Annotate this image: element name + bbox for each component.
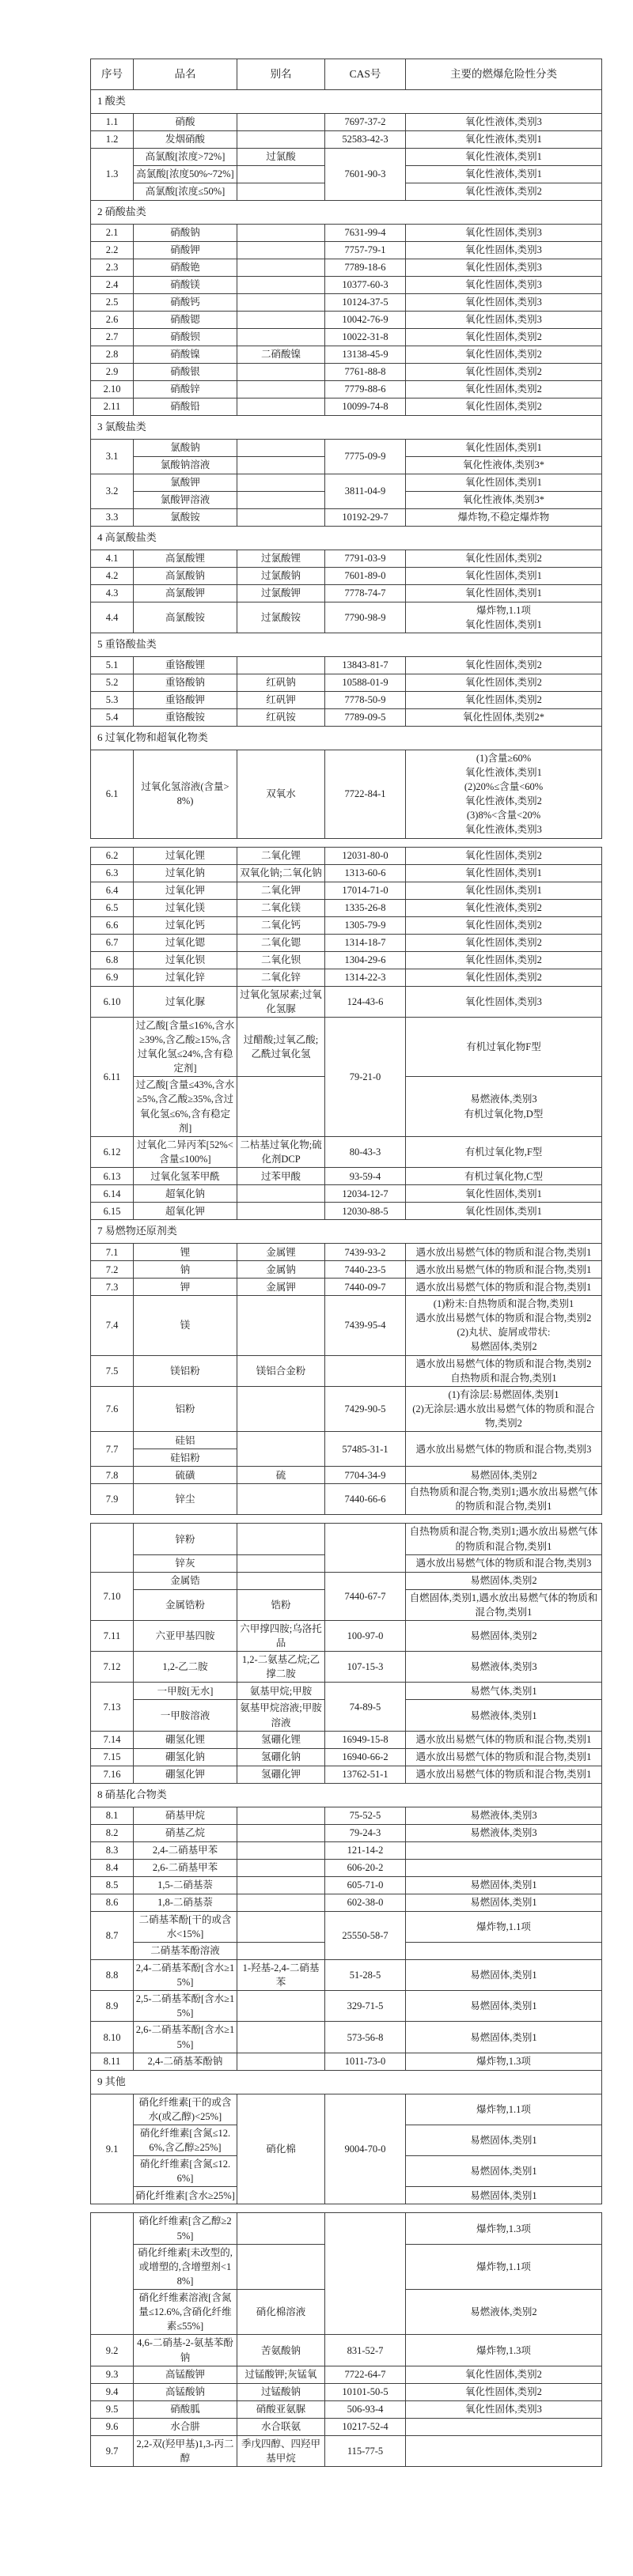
table-cell: 硝酸锶 <box>134 311 237 328</box>
table-row: 4.1高氯酸锂过氯酸锂7791-03-9氧化性固体,类别2 <box>91 550 602 567</box>
table-cell: 74-89-5 <box>325 1683 406 1731</box>
table-cell: 7439-95-4 <box>325 1296 406 1356</box>
table-cell: 硝酸钾 <box>134 241 237 259</box>
table-cell: 遇水放出易燃气体的物质和混合物,类别1 <box>406 1279 602 1296</box>
section-title: 5 重铬酸盐类 <box>91 633 602 656</box>
section-title: 2 硝酸盐类 <box>91 200 602 224</box>
table-cell: 六甲撑四胺;乌洛托品 <box>237 1620 325 1651</box>
table-cell: 苦氨酸钠 <box>237 2335 325 2366</box>
table-cell: 606-20-2 <box>325 1859 406 1876</box>
table-cell: 7601-90-3 <box>325 148 406 200</box>
table-cell: 1.1 <box>91 113 134 130</box>
table-cell: 9.6 <box>91 2418 134 2435</box>
table-row: 2.9硝酸银7761-88-8氧化性固体,类别2 <box>91 363 602 380</box>
table-cell: 10101-50-5 <box>325 2383 406 2400</box>
section-title: 8 硝基化合物类 <box>91 1783 602 1807</box>
table-cell <box>237 2213 325 2244</box>
table-row: 8.32,4-二硝基甲苯121-14-2 <box>91 1841 602 1859</box>
table-cell: 7440-23-5 <box>325 1261 406 1279</box>
table-cell <box>237 1942 325 1959</box>
table-row: 6.12过氧化二异丙苯[52%<含量≤100%]二枯基过氧化物;硫化剂DCP80… <box>91 1136 602 1167</box>
table-cell: 8.4 <box>91 1859 134 1876</box>
table-cell: 1304-29-6 <box>325 951 406 969</box>
table-cell: 自燃固体,类别1,遇水放出易燃气体的物质和混合物,类别1 <box>406 1589 602 1620</box>
table-cell: 硝酸钡 <box>134 328 237 346</box>
table-cell: 硝化纤维素溶液[含氮量≤12.6%,含硝化纤维素≤55%] <box>134 2290 237 2335</box>
table-cell: 爆炸物,1.3项 <box>406 2335 602 2366</box>
table-cell: 7.10 <box>91 1572 134 1620</box>
table-cell: 高锰酸钠 <box>134 2383 237 2400</box>
table-cell <box>237 1077 325 1137</box>
table-cell: 7778-74-7 <box>325 584 406 602</box>
section-header-row: 8 硝基化合物类 <box>91 1783 602 1807</box>
table-cell: 氯酸钾溶液 <box>134 491 237 508</box>
table-row: 8.112,4-二硝基苯酚钠1011-73-0爆炸物,1.3项 <box>91 2053 602 2070</box>
table-cell: 3.3 <box>91 508 134 526</box>
table-cell: 遇水放出易燃气体的物质和混合物,类别3 <box>406 1554 602 1572</box>
table-cell: 6.4 <box>91 882 134 899</box>
table-row: 7.11六亚甲基四胺六甲撑四胺;乌洛托品100-97-0易燃固体,类别2 <box>91 1620 602 1651</box>
table-cell: 2.5 <box>91 293 134 311</box>
table-cell: 10042-76-9 <box>325 311 406 328</box>
table-cell: 10377-60-3 <box>325 276 406 293</box>
table-cell: 6.7 <box>91 934 134 951</box>
table-cell: 二氧化钾 <box>237 882 325 899</box>
table-cell: 7.11 <box>91 1620 134 1651</box>
section-header-row: 3 氯酸盐类 <box>91 415 602 439</box>
table-cell: 硝化纤维素[含水≥25%] <box>134 2187 237 2204</box>
table-cell: 硝酸铅 <box>134 398 237 415</box>
table-cell: 2,4-二硝基甲苯 <box>134 1841 237 1859</box>
table-cell: 氧化性固体,类别1 <box>406 439 602 456</box>
table-cell: 过乙酸[含量≤16%,含水≥39%,含乙酸≥15%,含过氧化氢≤24%,含有稳定… <box>134 1017 237 1077</box>
column-header: 主要的燃爆危险性分类 <box>406 59 602 90</box>
table-cell: 80-43-3 <box>325 1136 406 1167</box>
table-cell: 9.5 <box>91 2400 134 2418</box>
table-cell: 易燃液体,类别3 <box>406 1807 602 1824</box>
table-cell: 氧化性液体,类别3* <box>406 491 602 508</box>
table-cell: 一甲胺溶液 <box>134 1700 237 1731</box>
column-header: 序号 <box>91 59 134 90</box>
table-row: 6.1过氧化氢溶液(含量>8%)双氧水7722-84-1(1)含量≥60% 氧化… <box>91 750 602 838</box>
table-cell: 51-28-5 <box>325 1959 406 1990</box>
table-row: 2.5硝酸钙10124-37-5氧化性固体,类别3 <box>91 293 602 311</box>
table-cell: 自热物质和混合物,类别1;遇水放出易燃气体的物质和混合物,类别1 <box>406 1524 602 1554</box>
table-cell: 6.3 <box>91 864 134 882</box>
table-cell: 过氧化钡 <box>134 951 237 969</box>
table-cell: 过氧化钾 <box>134 882 237 899</box>
table-cell: 硼氢化钠 <box>134 1748 237 1766</box>
table-cell: 氧化性固体,类别2 <box>406 951 602 969</box>
table-cell: 1314-22-3 <box>325 969 406 986</box>
table-cell: 12034-12-7 <box>325 1185 406 1203</box>
table-row: 5.4重铬酸铵红矾铵7789-09-5氧化性固体,类别2* <box>91 708 602 726</box>
table-cell <box>237 224 325 241</box>
table-cell: 506-93-4 <box>325 2400 406 2418</box>
table-cell: 1,2-二氨基乙烷;乙撑二胺 <box>237 1652 325 1683</box>
table-row: 7.4镁7439-95-4(1)粉末:自热物质和混合物,类别1 遇水放出易燃气体… <box>91 1296 602 1356</box>
column-header: CAS号 <box>325 59 406 90</box>
table-cell: 易燃固体,类别1 <box>406 1991 602 2022</box>
table-cell: 9.1 <box>91 2094 134 2204</box>
table-cell: 6.1 <box>91 750 134 838</box>
table-cell: 16940-66-2 <box>325 1748 406 1766</box>
table-cell: 4,6-二硝基-2-氨基苯酚钠 <box>134 2335 237 2366</box>
table-cell: 6.13 <box>91 1168 134 1185</box>
table-cell: 二硝基苯酚溶液 <box>134 1942 237 1959</box>
table-cell <box>237 183 325 200</box>
table-cell: 二氧化锶 <box>237 934 325 951</box>
table-cell <box>237 2053 325 2070</box>
table-row: 6.15超氧化钾12030-88-5氧化性固体,类别1 <box>91 1203 602 1220</box>
table-row: 5.1重铬酸锂13843-81-7氧化性固体,类别2 <box>91 656 602 674</box>
table-cell: 钾 <box>134 1279 237 1296</box>
table-cell: 6.14 <box>91 1185 134 1203</box>
table-row: 4.4高氯酸铵过氯酸铵7790-98-9爆炸物,1.1项 氧化性固体,类别1 <box>91 602 602 633</box>
table-cell: 硫磺 <box>134 1467 237 1484</box>
table-cell: 2,4-二硝基苯酚钠 <box>134 2053 237 2070</box>
table-cell: 75-52-5 <box>325 1807 406 1824</box>
table-cell: 氧化性固体,类别1 <box>406 474 602 491</box>
table-cell: 氧化性固体,类别3 <box>406 311 602 328</box>
table-cell: 2.6 <box>91 311 134 328</box>
table-row: 7.2钠金属钠7440-23-5遇水放出易燃气体的物质和混合物,类别1 <box>91 1261 602 1279</box>
table-cell: 二氧化锂 <box>237 847 325 864</box>
table-cell: 5.2 <box>91 674 134 691</box>
table-cell: 602-38-0 <box>325 1894 406 1911</box>
table-cell <box>91 1524 134 1572</box>
table-row: 6.8过氧化钡二氧化钡1304-29-6氧化性固体,类别2 <box>91 951 602 969</box>
table-cell: 6.12 <box>91 1136 134 1167</box>
table-cell: 易燃固体,类别2 <box>406 1572 602 1589</box>
table-row: 3.3氯酸铵10192-29-7爆炸物,不稳定爆炸物 <box>91 508 602 526</box>
table-row: 4.3高氯酸钾过氯酸钾7778-74-7氧化性固体,类别1 <box>91 584 602 602</box>
table-segment: 序号品名别名CAS号主要的燃爆危险性分类1 酸类1.1硝酸7697-37-2氧化… <box>90 59 602 839</box>
table-segment: 硝化纤维素[含乙醇≥25%]爆炸物,1.3项硝化纤维素[未改型的,或增塑的,含增… <box>90 2212 602 2467</box>
table-cell <box>237 1894 325 1911</box>
table-cell: 100-97-0 <box>325 1620 406 1651</box>
table-cell: 605-71-0 <box>325 1876 406 1894</box>
table-cell: 氧化性固体,类别2 <box>406 380 602 398</box>
table-cell <box>406 2418 602 2435</box>
table-cell <box>406 1942 602 1959</box>
table-cell: 金属钾 <box>237 1279 325 1296</box>
table-cell: 遇水放出易燃气体的物质和混合物,类别1 <box>406 1731 602 1748</box>
table-cell: 8.2 <box>91 1824 134 1841</box>
table-cell: 3.1 <box>91 439 134 474</box>
table-cell: 锂 <box>134 1244 237 1261</box>
table-cell: 二硝酸镍 <box>237 346 325 363</box>
table-cell: 9.2 <box>91 2335 134 2366</box>
section-header-row: 6 过氧化物和超氧化物类 <box>91 726 602 750</box>
table-cell: 硝化棉 <box>237 2094 325 2204</box>
table-cell <box>237 1185 325 1203</box>
table-cell: 二氧化钙 <box>237 916 325 934</box>
table-cell: 831-52-7 <box>325 2335 406 2366</box>
section-header-row: 9 其他 <box>91 2070 602 2094</box>
table-cell: 1,2-乙二胺 <box>134 1652 237 1683</box>
table-cell: 水合联氨 <box>237 2418 325 2435</box>
table-cell <box>237 1484 325 1515</box>
table-cell <box>237 165 325 183</box>
table-cell: 氧化性固体,类别1 <box>406 882 602 899</box>
header-row: 序号品名别名CAS号主要的燃爆危险性分类 <box>91 59 602 90</box>
table-row: 2.11硝酸铅10099-74-8氧化性固体,类别2 <box>91 398 602 415</box>
table-cell: 9004-70-0 <box>325 2094 406 2204</box>
table-cell: 氧化性固体,类别3 <box>406 241 602 259</box>
table-cell: 氯酸钠溶液 <box>134 456 237 474</box>
section-title: 6 过氧化物和超氧化物类 <box>91 726 602 750</box>
table-cell: 7775-09-9 <box>325 439 406 474</box>
table-cell: 3811-04-9 <box>325 474 406 508</box>
section-header-row: 1 酸类 <box>91 89 602 113</box>
table-cell: 8.11 <box>91 2053 134 2070</box>
table-cell: 硝化纤维素[含氮≤12.6%,含乙醇≥25%] <box>134 2125 237 2155</box>
table-row: 2.10硝酸锌7779-88-6氧化性固体,类别2 <box>91 380 602 398</box>
table-cell: 7.14 <box>91 1731 134 1748</box>
table-cell <box>406 1841 602 1859</box>
table-cell: 4.3 <box>91 584 134 602</box>
table-cell: 8.6 <box>91 1894 134 1911</box>
table-cell: 7440-09-7 <box>325 1279 406 1296</box>
table-cell: 10588-01-9 <box>325 674 406 691</box>
table-cell <box>237 1296 325 1356</box>
table-cell: 硝酸铯 <box>134 259 237 276</box>
table-cell: 易燃液体,类别3 有机过氧化物,D型 <box>406 1077 602 1137</box>
table-cell: 爆炸物,1.3项 <box>406 2053 602 2070</box>
table-cell: 5.4 <box>91 708 134 726</box>
table-cell: (1)含量≥60% 氧化性液体,类别1 (2)20%≤含量<60% 氧化性液体,… <box>406 750 602 838</box>
table-cell <box>237 398 325 415</box>
table-cell: 易燃固体,类别1 <box>406 1894 602 1911</box>
table-cell: 7.6 <box>91 1386 134 1431</box>
table-cell: 镁 <box>134 1296 237 1356</box>
table-cell: 1305-79-9 <box>325 916 406 934</box>
table-cell: 氧化性固体,类别3 <box>406 259 602 276</box>
table-cell: 过乙酸[含量≤43%,含水≥5%,含乙酸≥35%,含过氧化氢≤6%,含有稳定剂] <box>134 1077 237 1137</box>
column-header: 别名 <box>237 59 325 90</box>
table-cell: 7.16 <box>91 1766 134 1783</box>
table-cell: 10099-74-8 <box>325 398 406 415</box>
table-row: 8.102,6-二硝基苯酚[含水≥15%]573-56-8易燃固体,类别1 <box>91 2022 602 2053</box>
table-row: 7.9锌尘7440-66-6自热物质和混合物,类别1;遇水放出易燃气体的物质和混… <box>91 1484 602 1515</box>
table-cell: 7440-66-6 <box>325 1484 406 1515</box>
table-cell: 107-15-3 <box>325 1652 406 1683</box>
table-row: 2.2硝酸钾7757-79-1氧化性固体,类别3 <box>91 241 602 259</box>
table-cell: 过氧化锌 <box>134 969 237 986</box>
table-row: 2.1硝酸钠7631-99-4氧化性固体,类别3 <box>91 224 602 241</box>
table-cell: 硫 <box>237 1467 325 1484</box>
table-cell: 7439-93-2 <box>325 1244 406 1261</box>
table-row: 7.13一甲胺[无水]氨基甲烷;甲胺74-89-5易燃气体,类别1 <box>91 1683 602 1700</box>
table-cell: 7.1 <box>91 1244 134 1261</box>
table-cell: 2.4 <box>91 276 134 293</box>
section-title: 4 高氯酸盐类 <box>91 526 602 550</box>
table-row: 7.10金属锆7440-67-7易燃固体,类别2 <box>91 1572 602 1589</box>
table-cell: 10124-37-5 <box>325 293 406 311</box>
table-cell: 遇水放出易燃气体的物质和混合物,类别1 <box>406 1766 602 1783</box>
table-cell: 遇水放出易燃气体的物质和混合物,类别2 自热物质和混合物,类别1 <box>406 1355 602 1386</box>
table-cell: 7601-89-0 <box>325 567 406 584</box>
table-cell: 氧化性固体,类别1 <box>406 584 602 602</box>
table-cell: 1.3 <box>91 148 134 200</box>
table-cell: (1)有涂层:易燃固体,类别1 (2)无涂层:遇水放出易燃气体的物质和混合物,类… <box>406 1386 602 1431</box>
table-cell: 金属钠 <box>237 1261 325 1279</box>
table-cell: 硝基乙烷 <box>134 1824 237 1841</box>
table-cell: 硝酸钙 <box>134 293 237 311</box>
table-cell: 发烟硝酸 <box>134 130 237 148</box>
table-cell <box>91 2213 134 2335</box>
table-cell: 1011-73-0 <box>325 2053 406 2070</box>
table-cell: 7778-50-9 <box>325 691 406 708</box>
table-cell: 7.12 <box>91 1652 134 1683</box>
table-row: 6.6过氧化钙二氧化钙1305-79-9氧化性固体,类别2 <box>91 916 602 934</box>
table-cell: 镁铝合金粉 <box>237 1355 325 1386</box>
table-cell <box>237 491 325 508</box>
table-cell: 1-羟基-2,4-二硝基苯 <box>237 1959 325 1990</box>
table-cell: 7.4 <box>91 1296 134 1356</box>
table-cell: 过氯酸钾 <box>237 584 325 602</box>
table-cell: 锌灰 <box>134 1554 237 1572</box>
table-cell: 121-14-2 <box>325 1841 406 1859</box>
table-cell <box>237 1554 325 1572</box>
table-cell: 氯酸钠 <box>134 439 237 456</box>
table-cell: 2.7 <box>91 328 134 346</box>
table-cell: 124-43-6 <box>325 986 406 1017</box>
table-row: 9.6水合肼水合联氨10217-52-4 <box>91 2418 602 2435</box>
table-cell: 硝化纤维素[含氮≤12.6%] <box>134 2156 237 2187</box>
table-row: 6.5过氧化镁二氧化镁1335-26-8氧化性液体,类别2 <box>91 899 602 916</box>
table-cell <box>237 1876 325 1894</box>
table-cell: 过氧化镁 <box>134 899 237 916</box>
table-cell: 硝酸锌 <box>134 380 237 398</box>
table-row: 3.1氯酸钠7775-09-9氧化性固体,类别1 <box>91 439 602 456</box>
table-cell: 硝酸亚氨脲 <box>237 2400 325 2418</box>
table-cell: 易燃固体,类别1 <box>406 2125 602 2155</box>
table-row: 硝化纤维素[含乙醇≥25%]爆炸物,1.3项 <box>91 2213 602 2244</box>
table-cell: 易燃液体,类别1 <box>406 1700 602 1731</box>
table-cell: 硝酸 <box>134 113 237 130</box>
table-cell <box>237 474 325 491</box>
table-cell: 过锰酸钠 <box>237 2383 325 2400</box>
table-cell: 9.7 <box>91 2435 134 2466</box>
table-cell: 2,2-双(羟甲基)1,3-丙二醇 <box>134 2435 237 2466</box>
table-cell: 1,5-二硝基萘 <box>134 1876 237 1894</box>
table-row: 8.42,6-二硝基甲苯606-20-2 <box>91 1859 602 1876</box>
table-cell: 红矾钾 <box>237 691 325 708</box>
table-cell <box>237 1203 325 1220</box>
table-cell: 红矾钠 <box>237 674 325 691</box>
table-row: 7.14硼氢化锂氢硼化锂16949-15-8遇水放出易燃气体的物质和混合物,类别… <box>91 1731 602 1748</box>
section-title: 1 酸类 <box>91 89 602 113</box>
table-cell: 12031-80-0 <box>325 847 406 864</box>
table-cell: 7789-09-5 <box>325 708 406 726</box>
table-segment: 6.2过氧化锂二氧化锂12031-80-0氧化性固体,类别26.3过氧化钠双氧化… <box>90 847 602 1516</box>
table-cell: 高氯酸锂 <box>134 550 237 567</box>
table-cell: 易燃固体,类别1 <box>406 1959 602 1990</box>
table-cell: 硝化纤维素[未改型的,或增塑的,含增塑剂<18%] <box>134 2244 237 2289</box>
table-cell: 7.13 <box>91 1683 134 1731</box>
table-cell: 锆粉 <box>237 1589 325 1620</box>
table-cell: 硅铝粉 <box>134 1449 237 1467</box>
table-cell: 7.2 <box>91 1261 134 1279</box>
table-cell: 硝化棉溶液 <box>237 2290 325 2335</box>
table-cell: 8.8 <box>91 1959 134 1990</box>
table-cell: 7.7 <box>91 1432 134 1467</box>
table-cell: 有机过氧化物,C型 <box>406 1168 602 1185</box>
table-cell: 过氧化锶 <box>134 934 237 951</box>
table-cell: 镁铝粉 <box>134 1355 237 1386</box>
table-cell: 遇水放出易燃气体的物质和混合物,类别3 <box>406 1432 602 1467</box>
table-cell <box>237 1911 325 1942</box>
table-cell: 氧化性固体,类别2 <box>406 398 602 415</box>
table-cell <box>237 311 325 328</box>
table-cell: 硼氢化钾 <box>134 1766 237 1783</box>
table-cell: 2.1 <box>91 224 134 241</box>
table-cell: 锌粉 <box>134 1524 237 1554</box>
table-cell: 过氧化二异丙苯[52%<含量≤100%] <box>134 1136 237 1167</box>
table-row: 8.1硝基甲烷75-52-5易燃液体,类别3 <box>91 1807 602 1824</box>
table-cell: 8.7 <box>91 1911 134 1959</box>
table-cell: 氧化性液体,类别3* <box>406 456 602 474</box>
table-cell: 氧化性固体,类别2 <box>406 2366 602 2383</box>
table-cell: 6.10 <box>91 986 134 1017</box>
table-cell: 6.15 <box>91 1203 134 1220</box>
table-cell: 硝酸胍 <box>134 2400 237 2418</box>
table-cell: 7779-88-6 <box>325 380 406 398</box>
table-cell: 易燃固体,类别2 <box>406 1467 602 1484</box>
table-cell <box>237 363 325 380</box>
table-cell: 氢硼化锂 <box>237 1731 325 1748</box>
table-cell: 金属锆 <box>134 1572 237 1589</box>
table-row: 9.4高锰酸钠过锰酸钠10101-50-5氧化性固体,类别2 <box>91 2383 602 2400</box>
table-cell: 硝酸镍 <box>134 346 237 363</box>
table-cell: 过苯甲酸 <box>237 1168 325 1185</box>
table-cell: 氨基甲烷;甲胺 <box>237 1683 325 1700</box>
table-cell: 1.2 <box>91 130 134 148</box>
table-cell: 2,6-二硝基苯酚[含水≥15%] <box>134 2022 237 2053</box>
table-cell: 7722-64-7 <box>325 2366 406 2383</box>
table-cell: 13138-45-9 <box>325 346 406 363</box>
table-cell <box>237 1386 325 1431</box>
table-cell: 重铬酸钾 <box>134 691 237 708</box>
table-cell: 115-77-5 <box>325 2435 406 2466</box>
table-cell: 钠 <box>134 1261 237 1279</box>
table-cell <box>406 2435 602 2466</box>
table-cell: 超氧化钠 <box>134 1185 237 1203</box>
table-row: 3.2氯酸钾3811-04-9氧化性固体,类别1 <box>91 474 602 491</box>
table-cell: 过氧化脲 <box>134 986 237 1017</box>
table-cell: 7.9 <box>91 1484 134 1515</box>
section-header-row: 5 重铬酸盐类 <box>91 633 602 656</box>
table-row: 2.3硝酸铯7789-18-6氧化性固体,类别3 <box>91 259 602 276</box>
table-cell: 氨基甲烷溶液;甲胺溶液 <box>237 1700 325 1731</box>
table-cell: 5.1 <box>91 656 134 674</box>
table-cell: 7790-98-9 <box>325 602 406 633</box>
table-cell <box>237 1859 325 1876</box>
table-cell: 氧化性固体,类别3 <box>406 2400 602 2418</box>
table-cell: 季戊四醇、四羟甲基甲烷 <box>237 2435 325 2466</box>
table-cell: 一甲胺[无水] <box>134 1683 237 1700</box>
table-cell: 二氧化钡 <box>237 951 325 969</box>
table-cell: 9.4 <box>91 2383 134 2400</box>
table-cell: 过氯酸锂 <box>237 550 325 567</box>
section-title: 3 氯酸盐类 <box>91 415 602 439</box>
table-cell: 自热物质和混合物,类别1;遇水放出易燃气体的物质和混合物,类别1 <box>406 1484 602 1515</box>
table-cell <box>406 1859 602 1876</box>
table-cell: 2,6-二硝基甲苯 <box>134 1859 237 1876</box>
table-cell: 氧化性固体,类别3 <box>406 224 602 241</box>
